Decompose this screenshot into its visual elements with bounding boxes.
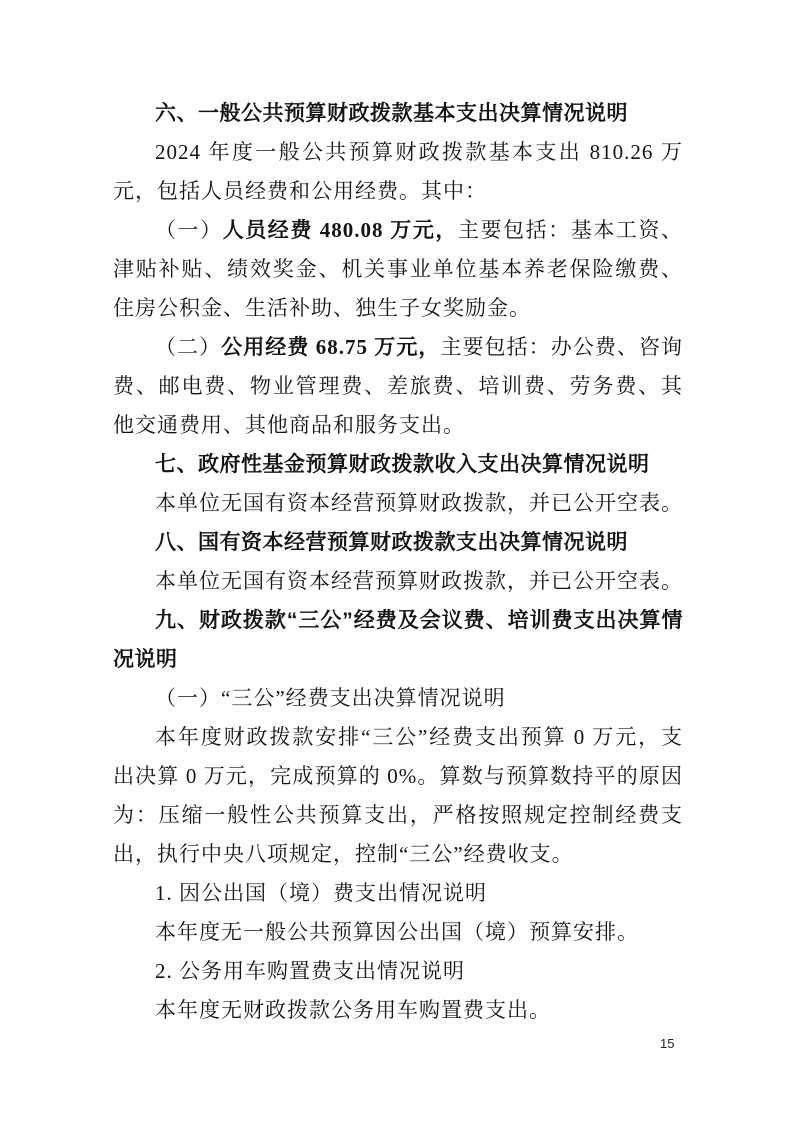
text-run: 本单位无国有资本经营预算财政拨款，并已公开空表。 [155,569,683,593]
text-run: 本年度无一般公共预算因公出国（境）预算安排。 [155,920,639,944]
document-page: 六、一般公共预算财政拨款基本支出决算情况说明2024 年度一般公共预算财政拨款基… [0,0,793,1122]
document-body: 六、一般公共预算财政拨款基本支出决算情况说明2024 年度一般公共预算财政拨款基… [113,94,683,1030]
text-run: 本年度财政拨款安排“三公”经费支出预算 0 万元，支出决算 0 万元，完成预算的… [113,725,683,866]
text-run: 八、国有资本经营预算财政拨款支出决算情况说明 [155,531,628,554]
text-run: （二） [155,335,221,359]
page-number: 15 [660,1036,674,1051]
section-heading: 七、政府性基金预算财政拨款收入支出决算情况说明 [113,445,683,484]
text-run: 本年度无财政拨款公务用车购置费支出。 [155,998,551,1022]
section-heading: 八、国有资本经营预算财政拨款支出决算情况说明 [113,523,683,562]
paragraph: 本年度财政拨款安排“三公”经费支出预算 0 万元，支出决算 0 万元，完成预算的… [113,718,683,874]
sub-heading: （一）“三公”经费支出决算情况说明 [113,679,683,718]
section-heading: 六、一般公共预算财政拨款基本支出决算情况说明 [113,94,683,133]
text-run: 九、财政拨款“三公”经费及会议费、培训费支出决算情况说明 [113,609,683,671]
text-run: 2. 公务用车购置费支出情况说明 [155,959,465,983]
paragraph: （一）人员经费 480.08 万元，主要包括：基本工资、津贴补贴、绩效奖金、机关… [113,211,683,328]
text-run: 公用经费 68.75 万元， [221,335,440,359]
text-run: 人员经费 480.08 万元， [223,218,458,242]
section-heading: 九、财政拨款“三公”经费及会议费、培训费支出决算情况说明 [113,601,683,679]
paragraph: 2. 公务用车购置费支出情况说明 [113,952,683,991]
text-run: 2024 年度一般公共预算财政拨款基本支出 810.26 万元，包括人员经费和公… [113,140,683,203]
paragraph: 本年度无一般公共预算因公出国（境）预算安排。 [113,913,683,952]
text-run: 1. 因公出国（境）费支出情况说明 [155,881,487,905]
paragraph: 本单位无国有资本经营预算财政拨款，并已公开空表。 [113,484,683,523]
text-run: （一）“三公”经费支出决算情况说明 [155,686,506,710]
paragraph: 本单位无国有资本经营预算财政拨款，并已公开空表。 [113,562,683,601]
text-run: 七、政府性基金预算财政拨款收入支出决算情况说明 [155,453,650,476]
text-run: 本单位无国有资本经营预算财政拨款，并已公开空表。 [155,491,683,515]
text-run: 六、一般公共预算财政拨款基本支出决算情况说明 [155,102,628,125]
paragraph: 2024 年度一般公共预算财政拨款基本支出 810.26 万元，包括人员经费和公… [113,133,683,211]
paragraph: 本年度无财政拨款公务用车购置费支出。 [113,991,683,1030]
paragraph: 1. 因公出国（境）费支出情况说明 [113,874,683,913]
paragraph: （二）公用经费 68.75 万元，主要包括：办公费、咨询费、邮电费、物业管理费、… [113,328,683,445]
text-run: （一） [155,218,223,242]
